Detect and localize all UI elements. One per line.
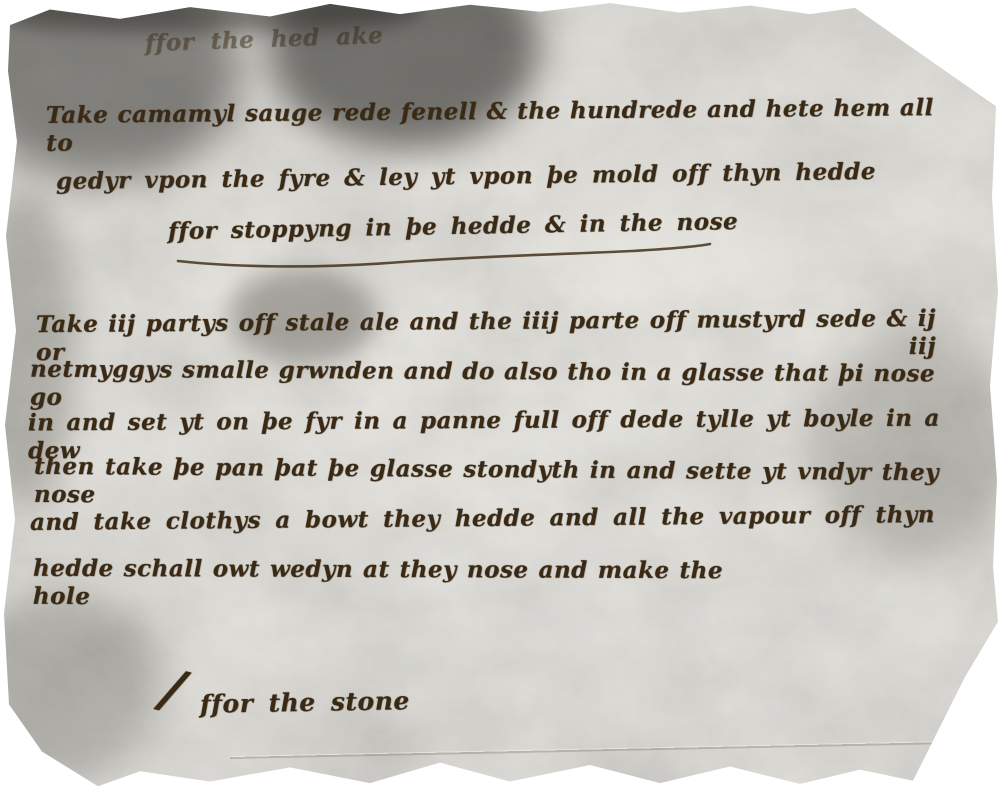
manuscript-photo: ffor the hed ake Take camamyl sauge rede… [0,0,1000,787]
recipe-line: Take camamyl sauge rede fenell & the hun… [46,94,934,157]
recipe-line: hedde schall owt wedyn at they nose and … [33,555,723,613]
heading-underline [172,240,717,272]
section-heading-stone: ffor the stone [200,686,410,720]
parchment-sheet: ffor the hed ake Take camamyl sauge rede… [0,0,1000,787]
